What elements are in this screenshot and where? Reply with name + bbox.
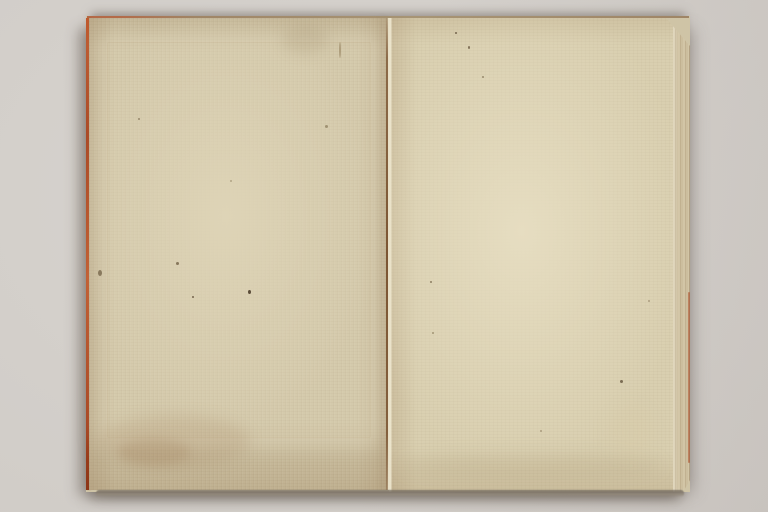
page-gutter <box>386 18 388 490</box>
cover-red-sliver <box>688 292 690 463</box>
book-bottom-edge <box>96 490 684 497</box>
photo-canvas <box>0 0 768 512</box>
right-page <box>389 18 690 492</box>
open-book <box>86 16 690 492</box>
left-page <box>89 18 387 490</box>
left-page-cover-impression <box>107 42 371 438</box>
